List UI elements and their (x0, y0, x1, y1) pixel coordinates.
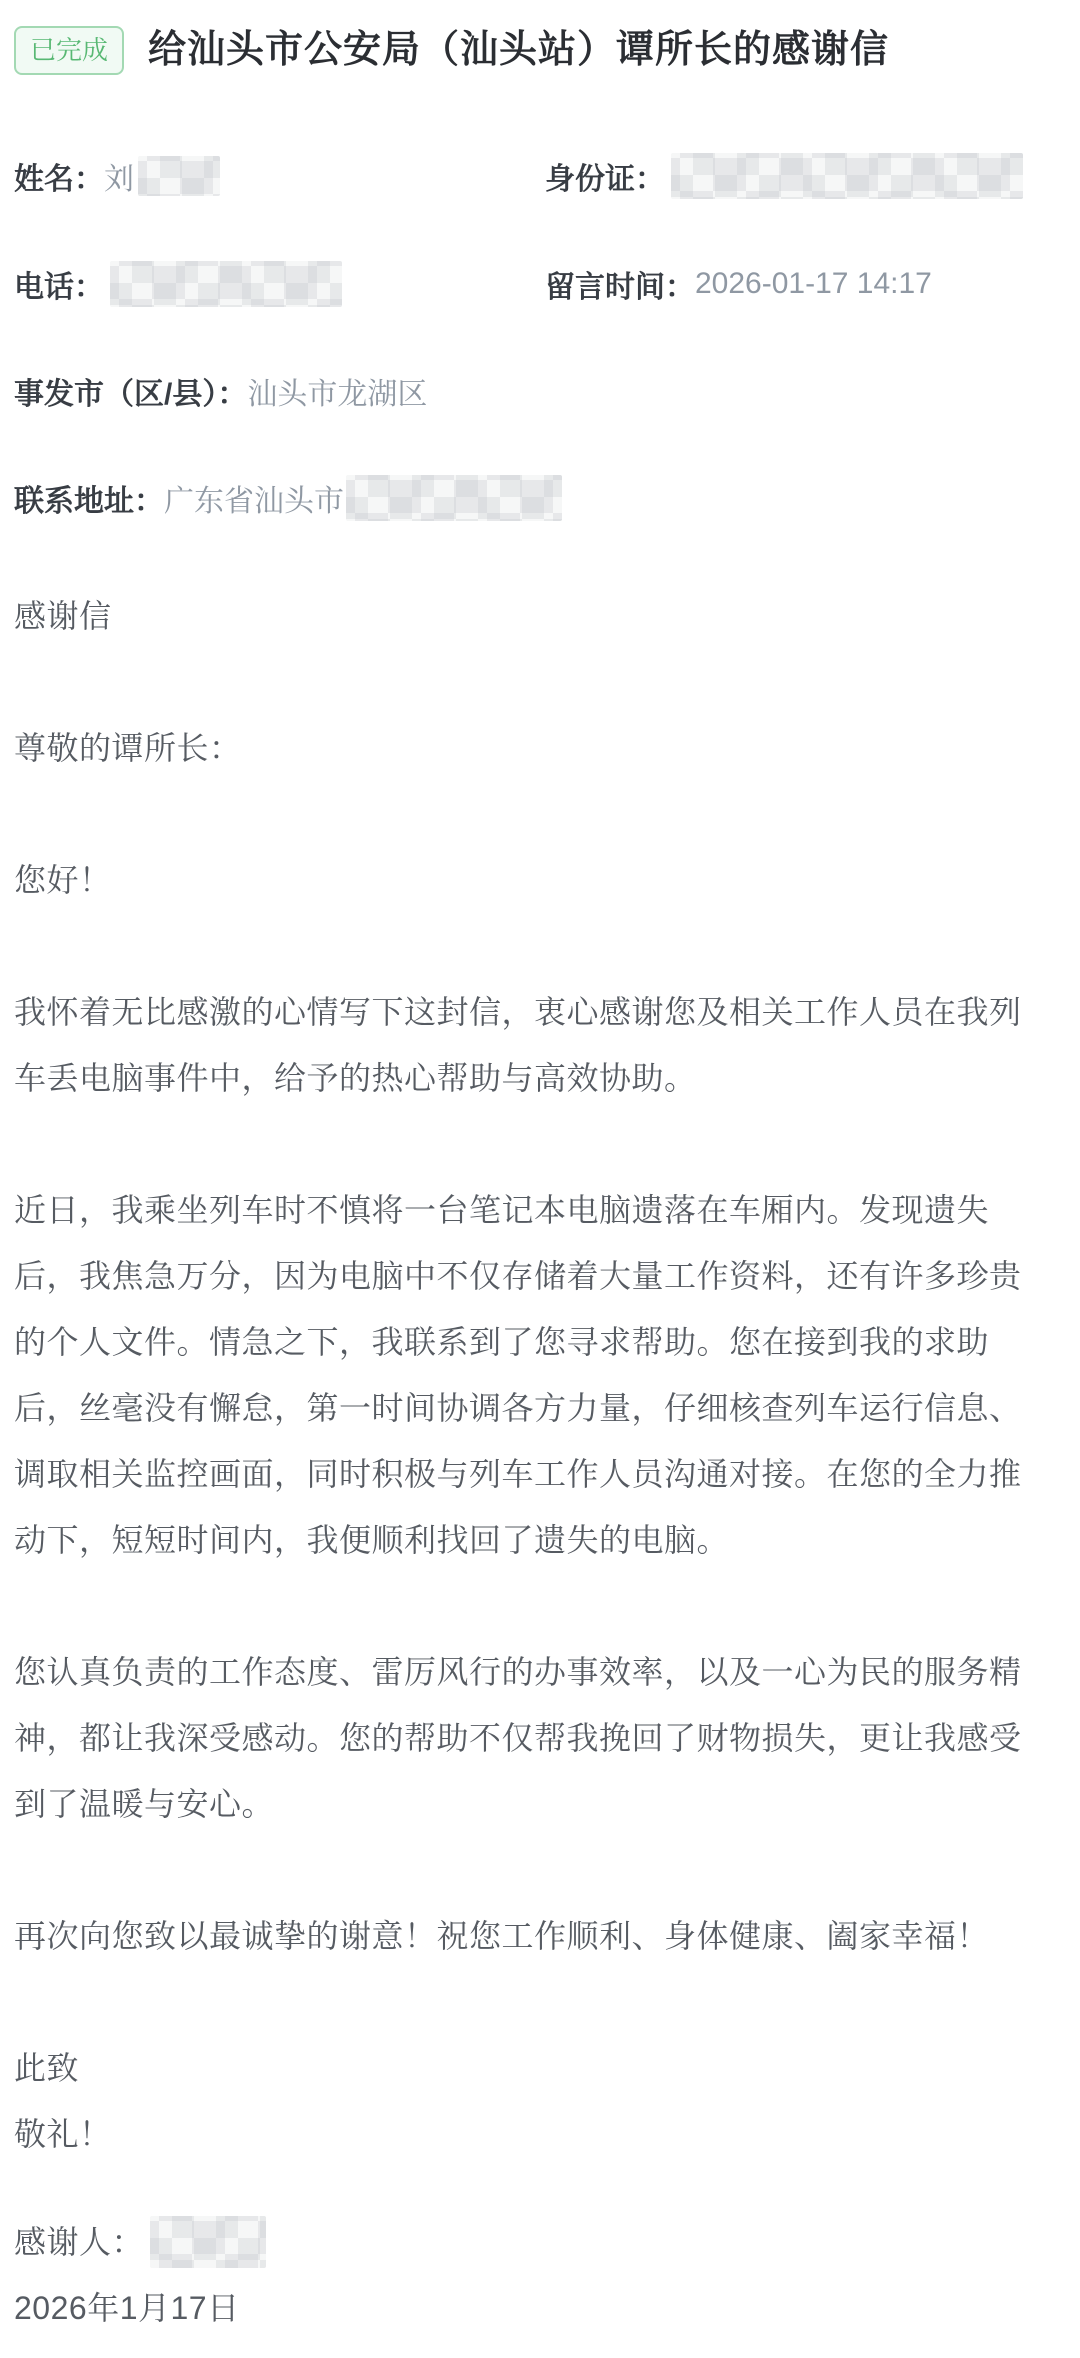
page-title: 给汕头市公安局（汕头站）谭所长的感谢信 (148, 28, 889, 74)
district-label: 事发市（区/县）： (14, 369, 247, 413)
address-label: 联系地址： (14, 476, 164, 520)
letter-date: 2026年1月17日 (14, 2275, 1050, 2341)
id-label: 身份证： (545, 154, 665, 198)
info-row-district: 事发市（区/县）： 汕头市龙湖区 (14, 369, 1050, 413)
time-label: 留言时间： (545, 262, 695, 306)
phone-redaction-mosaic (110, 261, 342, 307)
letter-signature: 感谢人： (14, 2209, 1050, 2275)
info-section: 姓名： 刘 身份证： 电话： 留言时间： 2026-01-17 14:17 事发… (14, 153, 1050, 521)
phone-label: 电话： (14, 262, 104, 306)
name-redaction-mosaic (138, 156, 220, 196)
time-field: 留言时间： 2026-01-17 14:17 (545, 262, 1050, 306)
id-redaction-mosaic (671, 153, 1023, 199)
info-row-name-id: 姓名： 刘 身份证： (14, 153, 1050, 199)
address-redaction-mosaic (346, 475, 562, 521)
info-row-phone-time: 电话： 留言时间： 2026-01-17 14:17 (14, 261, 1050, 307)
district-field: 事发市（区/县）： 汕头市龙湖区 (14, 369, 427, 413)
status-badge: 已完成 (14, 26, 124, 75)
district-value: 汕头市龙湖区 (247, 369, 427, 413)
letter-body: 感谢信 尊敬的谭所长： 您好！ 我怀着无比感激的心情写下这封信，衷心感谢您及相关… (14, 583, 1050, 2167)
address-field: 联系地址： 广东省汕头市 (14, 475, 562, 521)
signer-label: 感谢人： (14, 2209, 144, 2275)
message-detail-page: 已完成 给汕头市公安局（汕头站）谭所长的感谢信 姓名： 刘 身份证： 电话： 留… (0, 0, 1080, 2358)
signer-redaction-mosaic (150, 2216, 266, 2268)
info-row-address: 联系地址： 广东省汕头市 (14, 475, 1050, 521)
id-field: 身份证： (545, 153, 1050, 199)
name-field: 姓名： 刘 (14, 154, 545, 198)
phone-field: 电话： (14, 261, 545, 307)
name-label: 姓名： (14, 154, 104, 198)
name-value: 刘 (104, 154, 134, 198)
time-value: 2026-01-17 14:17 (695, 267, 932, 301)
address-value: 广东省汕头市 (164, 476, 344, 520)
page-header: 已完成 给汕头市公安局（汕头站）谭所长的感谢信 (14, 26, 1050, 75)
